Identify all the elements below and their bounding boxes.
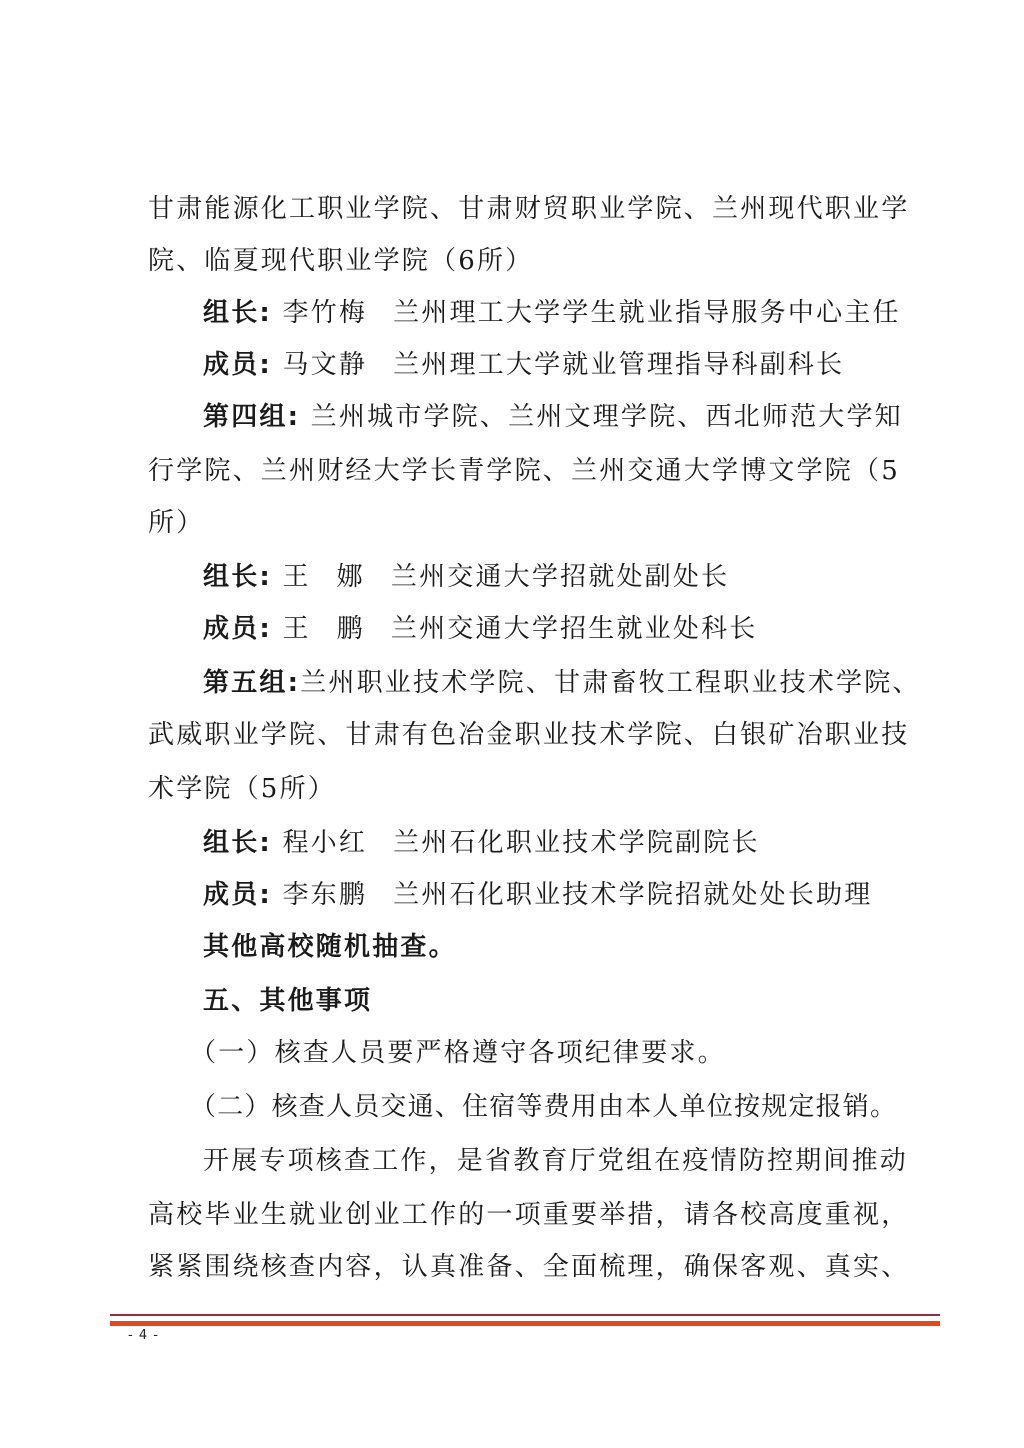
list-item: （一）核查人员要严格遵守各项纪律要求。 bbox=[190, 1038, 930, 1068]
footer-rule-thin bbox=[110, 1314, 940, 1316]
body-line: 术学院（5所） bbox=[148, 774, 888, 804]
leader-title: 兰州理工大学学生就业指导服务中心主任 bbox=[393, 298, 901, 328]
random-check-note: 其他高校随机抽查。 bbox=[203, 932, 943, 962]
group4-schools: 兰州城市学院、兰州文理学院、西北师范大学知 bbox=[311, 402, 903, 432]
group4-member: 成员: 王鹏兰州交通大学招生就业处科长 bbox=[203, 614, 943, 644]
group5-label: 第五组: bbox=[203, 668, 300, 698]
page-number: - 4 - bbox=[128, 1328, 159, 1343]
member-label: 成员: bbox=[203, 350, 272, 380]
body-line: 紧紧围绕核查内容，认真准备、全面梳理，确保客观、真实、 bbox=[148, 1252, 888, 1282]
body-line: 甘肃能源化工职业学院、甘肃财贸职业学院、兰州现代职业学 bbox=[148, 194, 888, 224]
group4-heading: 第四组: 兰州城市学院、兰州文理学院、西北师范大学知 bbox=[203, 402, 943, 432]
member-title: 兰州理工大学就业管理指导科副科长 bbox=[393, 350, 844, 380]
member-label: 成员: bbox=[203, 880, 272, 910]
group5-heading: 第五组:兰州职业技术学院、甘肃畜牧工程职业技术学院、 bbox=[203, 668, 943, 698]
body-line: 武威职业学院、甘肃有色冶金职业技术学院、白银矿冶职业技 bbox=[148, 720, 888, 750]
leader-name: 李竹梅 bbox=[282, 298, 367, 328]
leader-name: 娜 bbox=[337, 562, 365, 592]
leader-title: 兰州石化职业技术学院副院长 bbox=[393, 828, 760, 858]
group3-leader: 组长: 李竹梅兰州理工大学学生就业指导服务中心主任 bbox=[203, 298, 943, 328]
list-item: （二）核查人员交通、住宿等费用由本人单位按规定报销。 bbox=[190, 1092, 930, 1122]
body-line: 行学院、兰州财经大学长青学院、兰州交通大学博文学院（5 bbox=[148, 456, 888, 486]
leader-label: 组长: bbox=[203, 562, 272, 592]
group3-member: 成员: 马文静兰州理工大学就业管理指导科副科长 bbox=[203, 350, 943, 380]
body-line: 院、临夏现代职业学院（6所） bbox=[148, 246, 888, 276]
group4-label: 第四组: bbox=[203, 402, 300, 432]
group5-schools: 兰州职业技术学院、甘肃畜牧工程职业技术学院、 bbox=[300, 668, 920, 698]
member-name: 李东鹏 bbox=[282, 880, 367, 910]
footer-rule-thick bbox=[110, 1321, 940, 1326]
body-line: 所） bbox=[148, 508, 888, 538]
leader-label: 组长: bbox=[203, 828, 272, 858]
section-heading: 五、其他事项 bbox=[203, 986, 943, 1016]
member-name: 鹏 bbox=[337, 614, 365, 644]
body-line: 高校毕业生就业创业工作的一项重要举措，请各校高度重视， bbox=[148, 1200, 888, 1230]
member-name: 王 bbox=[282, 614, 310, 644]
group4-leader: 组长: 王娜兰州交通大学招就处副处长 bbox=[203, 562, 943, 592]
leader-title: 兰州交通大学招就处副处长 bbox=[391, 562, 729, 592]
document-page: 甘肃能源化工职业学院、甘肃财贸职业学院、兰州现代职业学 院、临夏现代职业学院（6… bbox=[0, 0, 1024, 1448]
member-title: 兰州石化职业技术学院招就处处长助理 bbox=[393, 880, 872, 910]
member-name: 马文静 bbox=[282, 350, 367, 380]
body-line: 开展专项核查工作，是省教育厅党组在疫情防控期间推动 bbox=[203, 1146, 943, 1176]
leader-label: 组长: bbox=[203, 298, 272, 328]
leader-name: 王 bbox=[282, 562, 310, 592]
group5-leader: 组长: 程小红兰州石化职业技术学院副院长 bbox=[203, 828, 943, 858]
member-title: 兰州交通大学招生就业处科长 bbox=[391, 614, 758, 644]
leader-name: 程小红 bbox=[282, 828, 367, 858]
group5-member: 成员: 李东鹏兰州石化职业技术学院招就处处长助理 bbox=[203, 880, 943, 910]
member-label: 成员: bbox=[203, 614, 272, 644]
